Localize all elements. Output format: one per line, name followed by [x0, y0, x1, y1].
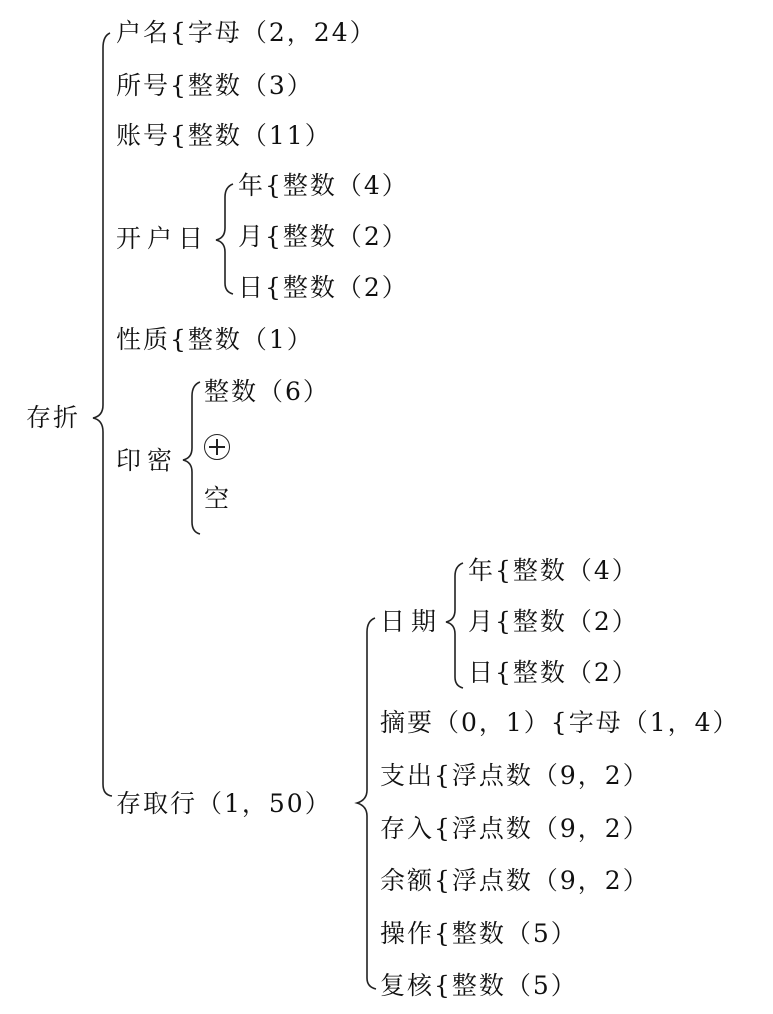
node-kaihuri-month: 月{整数（2） — [238, 222, 409, 252]
node-riqi: 日期 — [380, 607, 442, 637]
node-zhanghao: 账号{整数（11） — [116, 121, 332, 151]
node-zhaiyao: 摘要（0，1）{字母（1，4） — [380, 708, 740, 738]
node-cunquhang: 存取行（1，50） — [116, 789, 332, 819]
cunquhang-brace — [357, 618, 376, 989]
yinmi-brace — [183, 382, 200, 534]
node-riqi-month: 月{整数（2） — [468, 607, 639, 637]
node-xingzhi: 性质{整数（1） — [116, 325, 314, 355]
node-yinmi: 印密 — [116, 446, 178, 476]
node-suohao: 所号{整数（3） — [116, 71, 314, 101]
node-zhichu: 支出{浮点数（9，2） — [380, 761, 650, 791]
node-kaihuri: 开户日 — [116, 224, 209, 254]
riqi-brace — [446, 563, 463, 688]
root-node-cunzhe: 存折 — [26, 403, 80, 433]
node-yinmi-or — [204, 434, 230, 467]
node-fuhe: 复核{整数（5） — [380, 971, 578, 1001]
node-kaihuri-year: 年{整数（4） — [238, 171, 409, 201]
root-brace — [93, 33, 112, 796]
node-cunru: 存入{浮点数（9，2） — [380, 814, 650, 844]
node-yinmi-int: 整数（6） — [204, 377, 330, 407]
bracket-lines — [0, 0, 773, 1014]
node-yue: 余额{浮点数（9，2） — [380, 866, 650, 896]
node-yinmi-empty: 空 — [204, 484, 231, 514]
kaihuri-brace — [216, 184, 233, 294]
node-kaihuri-day: 日{整数（2） — [238, 273, 409, 303]
circled-plus-icon — [204, 434, 230, 460]
node-caozuo: 操作{整数（5） — [380, 919, 578, 949]
node-riqi-day: 日{整数（2） — [468, 658, 639, 688]
node-huming: 户名{字母（2，24） — [116, 18, 377, 48]
node-riqi-year: 年{整数（4） — [468, 556, 639, 586]
